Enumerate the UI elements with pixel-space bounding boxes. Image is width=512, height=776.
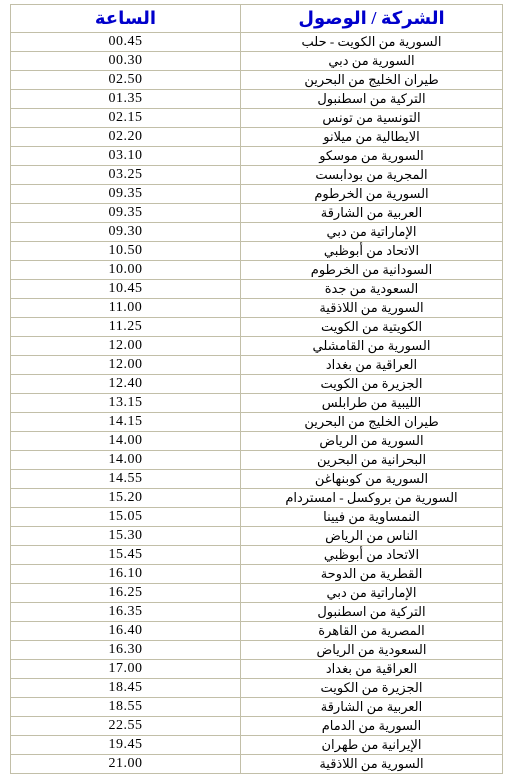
table-row: 15.20السورية من بروكسل - امستردام (11, 489, 503, 508)
time-cell: 19.45 (11, 736, 241, 755)
company-cell: طيران الخليج من البحرين (241, 413, 503, 432)
table-row: 19.45الإيرانية من طهران (11, 736, 503, 755)
time-cell: 10.45 (11, 280, 241, 299)
table-row: 12.00العراقية من بغداد (11, 356, 503, 375)
time-cell: 02.15 (11, 109, 241, 128)
table-row: 14.55السورية من كوبنهاغن (11, 470, 503, 489)
company-cell: الإماراتية من دبي (241, 584, 503, 603)
time-cell: 16.30 (11, 641, 241, 660)
company-cell: السورية من بروكسل - امستردام (241, 489, 503, 508)
time-cell: 10.50 (11, 242, 241, 261)
table-row: 18.45الجزيرة من الكويت (11, 679, 503, 698)
company-cell: طيران الخليج من البحرين (241, 71, 503, 90)
company-cell: البحرانية من البحرين (241, 451, 503, 470)
time-cell: 13.15 (11, 394, 241, 413)
company-cell: الاتحاد من أبوظبي (241, 242, 503, 261)
company-cell: السورية من الخرطوم (241, 185, 503, 204)
company-cell: السودانية من الخرطوم (241, 261, 503, 280)
table-row: 14.00السورية من الرياض (11, 432, 503, 451)
time-cell: 16.40 (11, 622, 241, 641)
table-row: 13.15الليبية من طرابلس (11, 394, 503, 413)
table-row: 11.25الكويتية من الكويت (11, 318, 503, 337)
time-cell: 09.30 (11, 223, 241, 242)
time-cell: 22.55 (11, 717, 241, 736)
table-row: 11.00السورية من اللاذقية (11, 299, 503, 318)
table-row: 09.30الإماراتية من دبي (11, 223, 503, 242)
company-cell: السورية من الدمام (241, 717, 503, 736)
company-cell: العربية من الشارقة (241, 204, 503, 223)
company-cell: النمساوية من فيينا (241, 508, 503, 527)
company-cell: العراقية من بغداد (241, 356, 503, 375)
company-cell: الليبية من طرابلس (241, 394, 503, 413)
time-cell: 03.10 (11, 147, 241, 166)
table-row: 15.45الاتحاد من أبوظبي (11, 546, 503, 565)
table-row: 16.40المصرية من القاهرة (11, 622, 503, 641)
time-cell: 16.35 (11, 603, 241, 622)
table-row: 12.00السورية من القامشلي (11, 337, 503, 356)
time-cell: 15.05 (11, 508, 241, 527)
table-row: 00.45السورية من الكويت - حلب (11, 33, 503, 52)
company-cell: الناس من الرياض (241, 527, 503, 546)
time-cell: 15.20 (11, 489, 241, 508)
time-cell: 11.00 (11, 299, 241, 318)
arrivals-page: الساعة الشركة / الوصول 00.45السورية من ا… (0, 0, 512, 776)
time-cell: 00.45 (11, 33, 241, 52)
time-cell: 03.25 (11, 166, 241, 185)
company-cell: السورية من الرياض (241, 432, 503, 451)
company-cell: السورية من الكويت - حلب (241, 33, 503, 52)
company-cell: السورية من كوبنهاغن (241, 470, 503, 489)
table-row: 10.00السودانية من الخرطوم (11, 261, 503, 280)
company-cell: السورية من اللاذقية (241, 755, 503, 774)
time-cell: 15.30 (11, 527, 241, 546)
company-cell: السورية من موسكو (241, 147, 503, 166)
table-row: 09.35العربية من الشارقة (11, 204, 503, 223)
table-row: 15.05النمساوية من فيينا (11, 508, 503, 527)
company-cell: الاتحاد من أبوظبي (241, 546, 503, 565)
company-cell: الجزيرة من الكويت (241, 679, 503, 698)
time-cell: 15.45 (11, 546, 241, 565)
time-cell: 09.35 (11, 204, 241, 223)
company-cell: التركية من اسطنبول (241, 603, 503, 622)
time-cell: 01.35 (11, 90, 241, 109)
arrivals-table: الساعة الشركة / الوصول 00.45السورية من ا… (10, 4, 503, 774)
time-cell: 02.20 (11, 128, 241, 147)
company-cell: السورية من اللاذقية (241, 299, 503, 318)
table-row: 17.00العراقية من بغداد (11, 660, 503, 679)
arrivals-table-body: 00.45السورية من الكويت - حلب00.30السورية… (11, 33, 503, 774)
table-row: 10.50الاتحاد من أبوظبي (11, 242, 503, 261)
time-cell: 14.55 (11, 470, 241, 489)
company-cell: المجرية من بودابست (241, 166, 503, 185)
table-row: 22.55السورية من الدمام (11, 717, 503, 736)
time-cell: 14.00 (11, 432, 241, 451)
table-row: 02.20الايطالية من ميلانو (11, 128, 503, 147)
time-cell: 11.25 (11, 318, 241, 337)
table-row: 16.25الإماراتية من دبي (11, 584, 503, 603)
table-row: 03.10السورية من موسكو (11, 147, 503, 166)
table-row: 03.25المجرية من بودابست (11, 166, 503, 185)
column-header-company: الشركة / الوصول (241, 5, 503, 33)
time-cell: 09.35 (11, 185, 241, 204)
time-cell: 12.40 (11, 375, 241, 394)
company-cell: الإماراتية من دبي (241, 223, 503, 242)
time-cell: 02.50 (11, 71, 241, 90)
company-cell: القطرية من الدوحة (241, 565, 503, 584)
company-cell: السعودية من الرياض (241, 641, 503, 660)
time-cell: 17.00 (11, 660, 241, 679)
company-cell: الايطالية من ميلانو (241, 128, 503, 147)
time-cell: 14.00 (11, 451, 241, 470)
table-row: 12.40الجزيرة من الكويت (11, 375, 503, 394)
table-row: 02.15التونسية من تونس (11, 109, 503, 128)
time-cell: 16.25 (11, 584, 241, 603)
table-row: 18.55العربية من الشارقة (11, 698, 503, 717)
table-row: 01.35التركية من اسطنبول (11, 90, 503, 109)
table-row: 21.00السورية من اللاذقية (11, 755, 503, 774)
time-cell: 16.10 (11, 565, 241, 584)
table-row: 10.45السعودية من جدة (11, 280, 503, 299)
table-row: 02.50طيران الخليج من البحرين (11, 71, 503, 90)
time-cell: 10.00 (11, 261, 241, 280)
company-cell: الكويتية من الكويت (241, 318, 503, 337)
company-cell: التركية من اسطنبول (241, 90, 503, 109)
company-cell: التونسية من تونس (241, 109, 503, 128)
company-cell: الإيرانية من طهران (241, 736, 503, 755)
company-cell: العربية من الشارقة (241, 698, 503, 717)
company-cell: السعودية من جدة (241, 280, 503, 299)
table-row: 16.10القطرية من الدوحة (11, 565, 503, 584)
table-row: 16.35التركية من اسطنبول (11, 603, 503, 622)
time-cell: 14.15 (11, 413, 241, 432)
table-row: 14.15طيران الخليج من البحرين (11, 413, 503, 432)
time-cell: 21.00 (11, 755, 241, 774)
time-cell: 12.00 (11, 356, 241, 375)
table-row: 16.30السعودية من الرياض (11, 641, 503, 660)
table-row: 14.00البحرانية من البحرين (11, 451, 503, 470)
table-row: 09.35السورية من الخرطوم (11, 185, 503, 204)
column-header-time: الساعة (11, 5, 241, 33)
table-header-row: الساعة الشركة / الوصول (11, 5, 503, 33)
table-row: 15.30الناس من الرياض (11, 527, 503, 546)
time-cell: 18.45 (11, 679, 241, 698)
time-cell: 18.55 (11, 698, 241, 717)
company-cell: المصرية من القاهرة (241, 622, 503, 641)
company-cell: العراقية من بغداد (241, 660, 503, 679)
time-cell: 12.00 (11, 337, 241, 356)
company-cell: السورية من دبي (241, 52, 503, 71)
company-cell: السورية من القامشلي (241, 337, 503, 356)
company-cell: الجزيرة من الكويت (241, 375, 503, 394)
table-row: 00.30السورية من دبي (11, 52, 503, 71)
time-cell: 00.30 (11, 52, 241, 71)
